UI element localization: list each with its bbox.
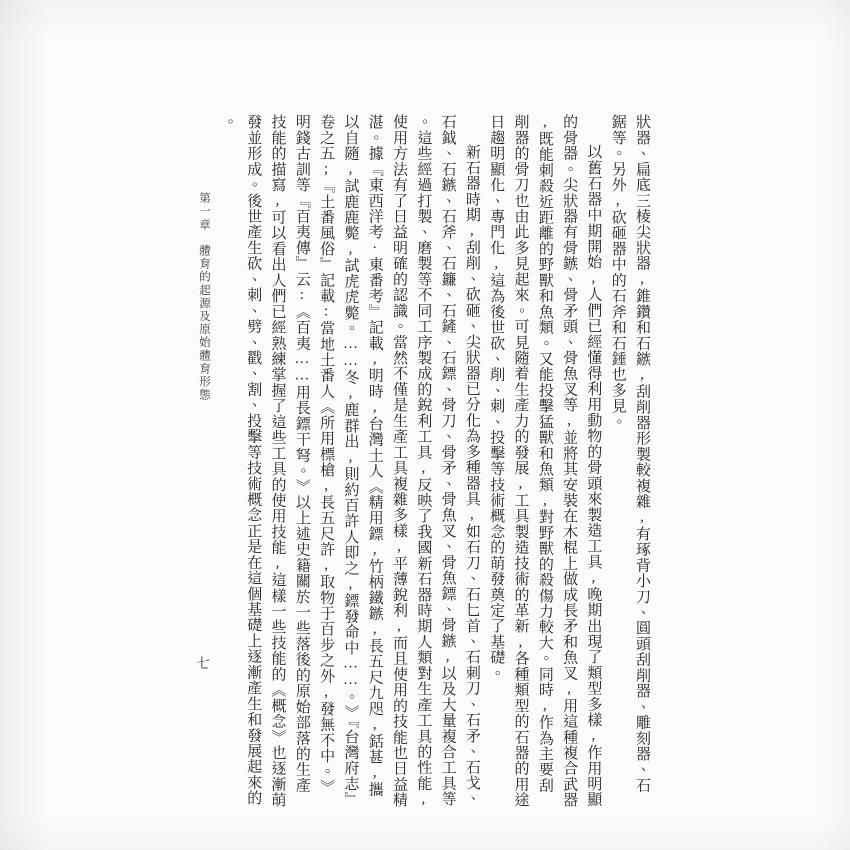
paragraph-bone-tools: 以舊石器中期開始,人們已經懂得利用動物的骨頭來製造工具,晚期出現了類型多樣,作用…: [484, 114, 605, 808]
paragraph-neolithic-tools: 新石器時期,刮削、砍砸、尖狀器已分化為多種器具,如石刀、石匕首、石刺刀、石矛、石…: [217, 114, 484, 808]
chapter-header: 第一章 體育的起源及原始體育形態: [196, 192, 212, 402]
book-page: 狀器、扁底三棱尖狀器,錐鑽和石鏃,刮削器形製較複雜,有琢背小刀、圓頭刮削器、雕刻…: [0, 0, 850, 850]
body-text: 狀器、扁底三棱尖狀器,錐鑽和石鏃,刮削器形製較複雜,有琢背小刀、圓頭刮削器、雕刻…: [240, 114, 654, 808]
paragraph-continuation: 狀器、扁底三棱尖狀器,錐鑽和石鏃,刮削器形製較複雜,有琢背小刀、圓頭刮削器、雕刻…: [605, 114, 654, 808]
page-number: 七: [191, 656, 211, 670]
